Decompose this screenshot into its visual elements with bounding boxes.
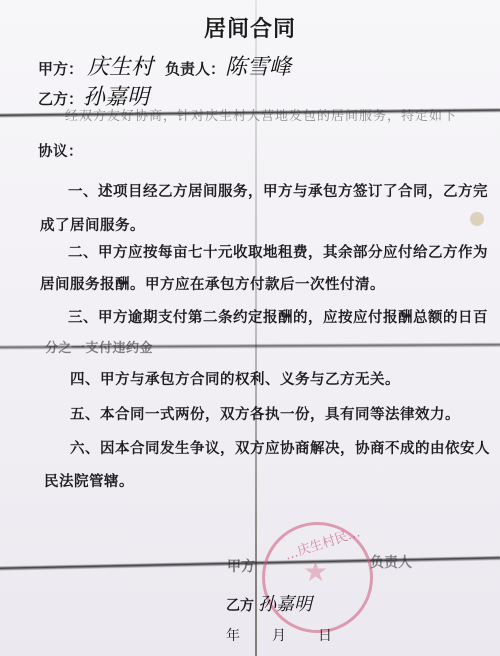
- agreement-label: 协议：: [38, 140, 83, 161]
- responsible-person: 负责人：陈雪峰: [165, 50, 291, 81]
- responsible-label: 负责人：: [165, 60, 225, 78]
- clause-2-line-2: 居间服务报酬。甲方应在承包方付款后一次性付清。: [40, 273, 385, 294]
- clause-2-line-1: 二、甲方应按每亩七十元收取地租费，其余部分应付给乙方作为: [68, 241, 488, 262]
- party-a: 甲方：庆生村: [38, 50, 153, 81]
- party-a-label: 甲方：: [38, 60, 83, 78]
- signature-responsible-label: 负责人: [370, 552, 412, 572]
- clause-1-line-1: 一、述项目经乙方居间服务，甲方与承包方签订了合同，乙方完: [68, 180, 488, 201]
- official-seal: …庆生村民… ★: [262, 522, 373, 633]
- stain: [470, 212, 484, 226]
- seal-star-icon: ★: [303, 555, 328, 588]
- signature-party-a-label: 甲方: [227, 556, 255, 576]
- clause-5: 五、本合同一式两份，双方各执一份，具有同等法律效力。: [70, 403, 460, 424]
- clause-6-line-1: 六、因本合同发生争议，双方应协商解决，协商不成的由依安人: [70, 437, 490, 458]
- signature-date: 年月日: [226, 625, 364, 645]
- date-year: 年: [226, 625, 272, 645]
- signature-party-b-label: 乙方: [226, 598, 254, 614]
- clause-3-line-1: 三、甲方逾期支付第二条约定报酬的，应按应付报酬总额的日百: [68, 306, 488, 327]
- document-title: 居间合同: [0, 12, 500, 43]
- intro-text: 经双方友好协商，针对庆生村大营地发包的居间服务，特定如下: [65, 105, 457, 124]
- signature-party-b: 乙方孙嘉明: [226, 590, 312, 616]
- clause-4: 四、甲方与承包方合同的权利、义务与乙方无关。: [70, 368, 400, 389]
- date-month: 月: [272, 625, 318, 645]
- vertical-fold: [255, 0, 257, 656]
- party-a-handwriting: 庆生村: [87, 55, 153, 80]
- signature-party-b-handwriting: 孙嘉明: [258, 594, 312, 615]
- responsible-handwriting: 陈雪峰: [225, 55, 291, 80]
- date-day: 日: [318, 625, 364, 645]
- clause-3-line-2: 分之一支付违约金: [45, 337, 153, 356]
- clause-6-line-2: 民法院管辖。: [44, 470, 134, 491]
- contract-page: 居间合同 甲方：庆生村 负责人：陈雪峰 乙方：孙嘉明 经双方友好协商，针对庆生村…: [0, 0, 500, 656]
- clause-1-line-2: 成了居间服务。: [40, 214, 145, 235]
